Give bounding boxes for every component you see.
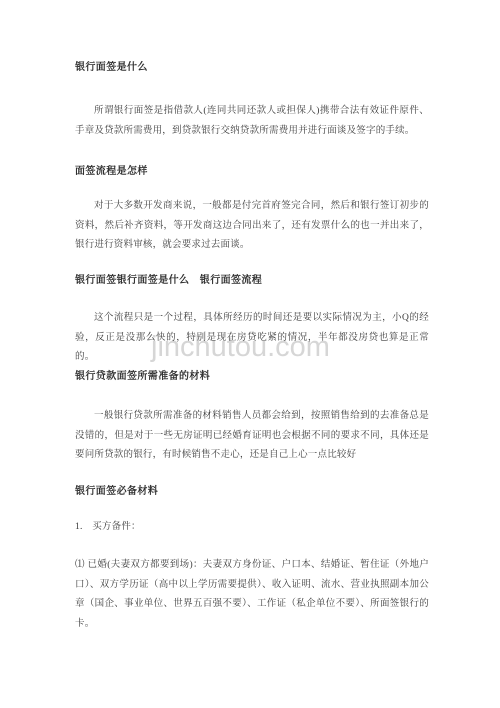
paragraph-process-duration: 这个流程只是一个过程，具体所经历的时间还是要以实际情况为主，小Q的经验，反正是没…	[75, 309, 429, 368]
paragraph-process-description: 对于大多数开发商来说，一般都是付完首府签完合同，然后和银行签订初步的资料，然后补…	[75, 197, 429, 256]
heading-required-materials: 银行面签必备材料	[75, 485, 429, 499]
heading-interview-process: 面签流程是怎样	[75, 165, 429, 179]
heading-bank-interview-combined: 银行面签银行面签是什么 银行面签流程	[75, 274, 429, 288]
document-page: jinchutou.com 银行面签是什么 所谓银行面签是指借款人(连同共同还款…	[0, 0, 500, 708]
heading-loan-interview-materials: 银行贷款面签所需准备的材料	[75, 370, 429, 384]
list-item-buyer-documents: 1. 买方备件：	[75, 518, 429, 538]
paragraph-bank-interview-definition: 所谓银行面签是指借款人(连同共同还款人或担保人)携带合法有效证件原件、手章及贷款…	[75, 102, 429, 141]
paragraph-materials-advice: 一般银行贷款所需准备的材料销售人员都会给到，按照销售给到的去准备总是没错的，但是…	[75, 407, 429, 466]
paragraph-married-documents: ⑴ 已婚(夫妻双方都要到场)：夫妻双方身份证、户口本、结婚证、暂住证（外地户口）…	[75, 556, 429, 634]
heading-what-is-bank-interview: 银行面签是什么	[75, 61, 429, 75]
